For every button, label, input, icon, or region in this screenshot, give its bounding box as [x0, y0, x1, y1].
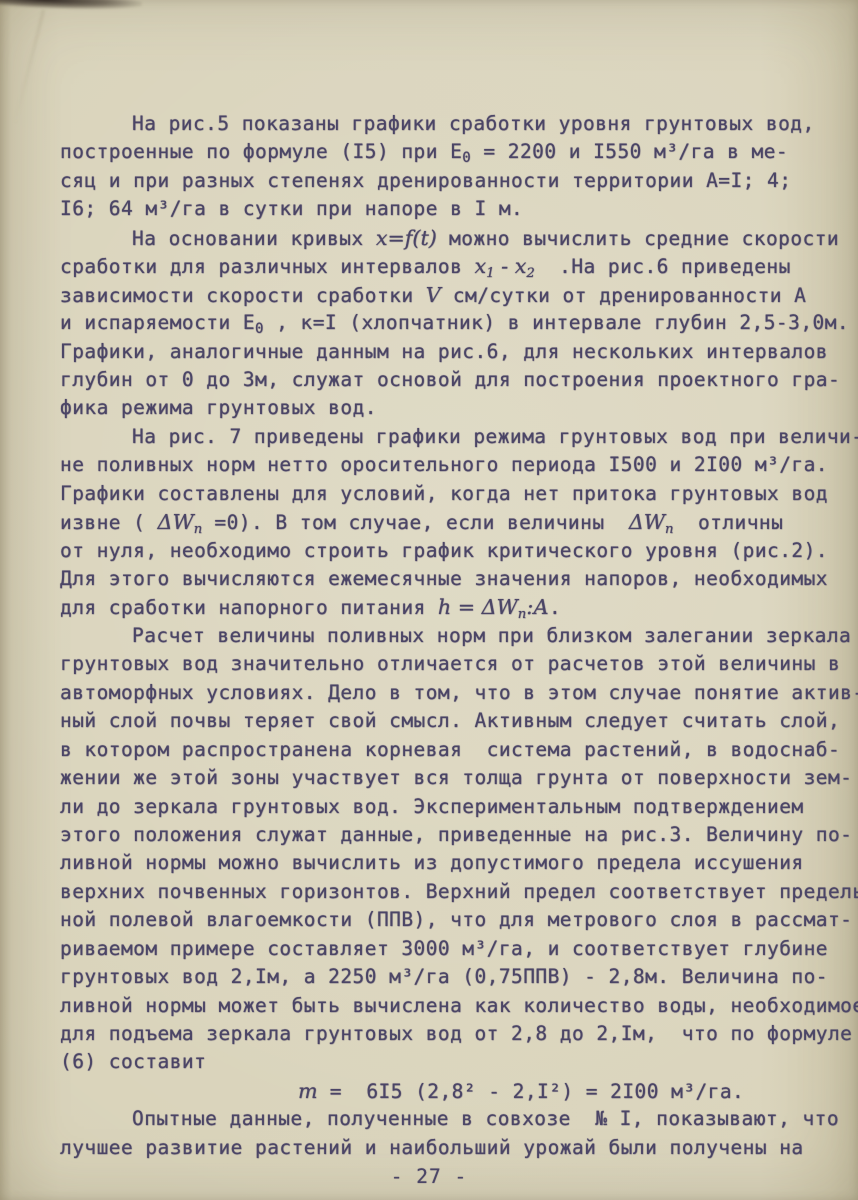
- text-line: от нуля, необходимо строить график крити…: [60, 537, 846, 565]
- formula-segment: х: [474, 254, 486, 278]
- text-line: Графики составлены для условий, когда не…: [60, 480, 846, 508]
- text-line: Графики, аналогичные данным на рис.6, дл…: [60, 338, 846, 366]
- text-line: этого положения служат данные, приведенн…: [60, 821, 846, 849]
- text-line: не поливных норм нетто оросительного пер…: [60, 451, 846, 479]
- formula-segment: п: [194, 522, 203, 537]
- formula-segment: h = ΔW: [438, 595, 518, 619]
- formula-segment: 1: [486, 266, 494, 281]
- text-segment: грунтовых вод значительно отличается от …: [60, 652, 840, 675]
- text-segment: для подъема зеркала грунтовых вод от 2,8…: [60, 1022, 852, 1045]
- formula-segment: :А: [526, 595, 549, 619]
- text-line: извне ( ΔWп =0). В том случае, если вели…: [60, 508, 846, 536]
- text-segment: Расчет величины поливных норм при близко…: [132, 624, 851, 647]
- scanned-document-page: На рис.5 показаны графики сработки уровн…: [0, 0, 858, 1200]
- text-segment: = 6I5 (2,8² - 2,I²) = 2I00 м³/га.: [318, 1080, 745, 1103]
- page-number: - 27 -: [0, 1165, 858, 1188]
- text-line: ливной нормы может быть вычислена как ко…: [60, 992, 846, 1020]
- text-segment: этого положения служат данные, приведенн…: [60, 823, 852, 846]
- text-line: На рис.5 показаны графики сработки уровн…: [60, 110, 846, 138]
- text-segment: грунтовых вод 2,Iм, а 2250 м³/га (0,75ПП…: [60, 965, 828, 988]
- text-segment: построенные по формуле (I5) при Е: [60, 140, 462, 163]
- text-line: грунтовых вод значительно отличается от …: [60, 650, 846, 678]
- text-segment: На рис. 7 приведены графики режима грунт…: [132, 425, 858, 448]
- text-line: в котором распространена корневая систем…: [60, 736, 846, 764]
- text-line: (6) составит: [60, 1048, 846, 1076]
- formula-segment: 0: [462, 151, 471, 167]
- formula-segment: х=f(t): [376, 226, 437, 250]
- formula-segment: п: [665, 522, 674, 537]
- text-line: верхних почвенных горизонтов. Верхний пр…: [60, 878, 846, 906]
- text-segment: .На рис.6 приведены: [535, 255, 791, 278]
- formula-segment: -: [495, 254, 515, 278]
- text-line: зависимости скорости сработки V см/сутки…: [60, 281, 846, 309]
- text-segment: и испаряемости Е: [60, 311, 255, 334]
- text-segment: Для этого вычисляются ежемесячные значен…: [60, 567, 828, 590]
- text-segment: можно вычислить средние скорости: [437, 227, 839, 250]
- text-line: и испаряемости Е0 , к=I (хлопчатник) в и…: [60, 309, 846, 337]
- text-line: На рис. 7 приведены графики режима грунт…: [60, 423, 846, 451]
- text-segment: ливной нормы можно вычислить из допустим…: [60, 851, 804, 874]
- text-segment: Графики составлены для условий, когда не…: [60, 482, 828, 505]
- text-line: жении же этой зоны участвует вся толща г…: [60, 764, 846, 792]
- formula-segment: 2: [526, 266, 534, 281]
- formula-segment: х: [515, 254, 527, 278]
- text-segment: ли до зеркала грунтовых вод. Эксперимент…: [60, 795, 804, 818]
- paper-crease: [14, 10, 45, 127]
- text-segment: , к=I (хлопчатник) в интервале глубин 2,…: [264, 311, 849, 334]
- text-segment: отличны: [674, 511, 784, 534]
- text-segment: фика режима грунтовых вод.: [60, 396, 377, 419]
- text-line: На основании кривых х=f(t) можно вычисли…: [60, 224, 846, 252]
- text-segment: не поливных норм нетто оросительного пер…: [60, 453, 828, 476]
- text-segment: сяц и при разных степенях дренированност…: [60, 169, 791, 192]
- text-line: Для этого вычисляются ежемесячные значен…: [60, 565, 846, 593]
- scan-smudge-artifact: [0, 0, 142, 12]
- text-line: ли до зеркала грунтовых вод. Эксперимент…: [60, 793, 846, 821]
- text-segment: =0). В том случае, если величины: [202, 511, 629, 534]
- text-segment: лучшее развитие растений и наибольший ур…: [60, 1136, 804, 1159]
- text-line: для подъема зеркала грунтовых вод от 2,8…: [60, 1020, 846, 1048]
- text-segment: для сработки напорного питания: [60, 596, 438, 619]
- text-line: Опытные данные, полученные в совхозе № I…: [60, 1105, 846, 1133]
- text-segment: зависимости скорости сработки: [60, 284, 426, 307]
- text-segment: глубин от 0 до 3м, служат основой для по…: [60, 368, 840, 391]
- text-line: фика режима грунтовых вод.: [60, 394, 846, 422]
- text-segment: автоморфных условиях. Дело в том, что в …: [60, 681, 858, 704]
- text-segment: см/сутки от дренированности А: [441, 284, 807, 307]
- text-segment: сработки для различных интервалов: [60, 255, 474, 278]
- text-segment: ной полевой влагоемкости (ППВ), что для …: [60, 908, 852, 931]
- text-line: для сработки напорного питания h = ΔWп:А…: [60, 593, 846, 621]
- text-segment: Графики, аналогичные данным на рис.6, дл…: [60, 340, 828, 363]
- text-segment: Опытные данные, полученные в совхозе № I…: [132, 1107, 839, 1130]
- text-line: лучшее развитие растений и наибольший ур…: [60, 1134, 846, 1162]
- text-line: сработки для различных интервалов х1 - х…: [60, 252, 846, 280]
- text-line: I6; 64 м³/га в сутки при напоре в I м.: [60, 195, 846, 223]
- text-line: построенные по формуле (I5) при Е0 = 220…: [60, 138, 846, 166]
- text-segment: ный слой почвы теряет свой смысл. Активн…: [60, 709, 840, 732]
- text-segment: верхних почвенных горизонтов. Верхний пр…: [60, 880, 858, 903]
- text-segment: извне (: [60, 511, 158, 534]
- text-segment: в котором распространена корневая систем…: [60, 738, 840, 761]
- text-segment: жении же этой зоны участвует вся толща г…: [60, 766, 852, 789]
- text-line: ный слой почвы теряет свой смысл. Активн…: [60, 707, 846, 735]
- formula-segment: ΔW: [158, 510, 194, 534]
- text-segment: от нуля, необходимо строить график крити…: [60, 539, 828, 562]
- text-line: ливной нормы можно вычислить из допустим…: [60, 849, 846, 877]
- text-segment: = 2200 и I550 м³/га в ме-: [471, 140, 788, 163]
- text-segment: На рис.5 показаны графики сработки уровн…: [132, 112, 815, 135]
- formula-segment: V: [426, 283, 441, 307]
- text-line: глубин от 0 до 3м, служат основой для по…: [60, 366, 846, 394]
- formula-segment: 0: [255, 321, 264, 337]
- text-line: ной полевой влагоемкости (ППВ), что для …: [60, 906, 846, 934]
- formula-segment: ΔW: [629, 510, 665, 534]
- text-segment: I6; 64 м³/га в сутки при напоре в I м.: [60, 197, 523, 220]
- text-segment: На основании кривых: [132, 227, 376, 250]
- text-segment: .: [549, 596, 561, 619]
- text-line: грунтовых вод 2,Iм, а 2250 м³/га (0,75ПП…: [60, 963, 846, 991]
- text-line: Расчет величины поливных норм при близко…: [60, 622, 846, 650]
- formula-segment: m: [298, 1079, 318, 1103]
- text-line: сяц и при разных степенях дренированност…: [60, 167, 846, 195]
- text-line: автоморфных условиях. Дело в том, что в …: [60, 679, 846, 707]
- text-segment: ливной нормы может быть вычислена как ко…: [60, 994, 858, 1017]
- text-line: m = 6I5 (2,8² - 2,I²) = 2I00 м³/га.: [60, 1077, 846, 1105]
- text-segment: (6) составит: [60, 1050, 206, 1073]
- text-segment: риваемом примере составляет 3000 м³/га, …: [60, 937, 828, 960]
- text-line: риваемом примере составляет 3000 м³/га, …: [60, 935, 846, 963]
- text-block: На рис.5 показаны графики сработки уровн…: [60, 110, 846, 1162]
